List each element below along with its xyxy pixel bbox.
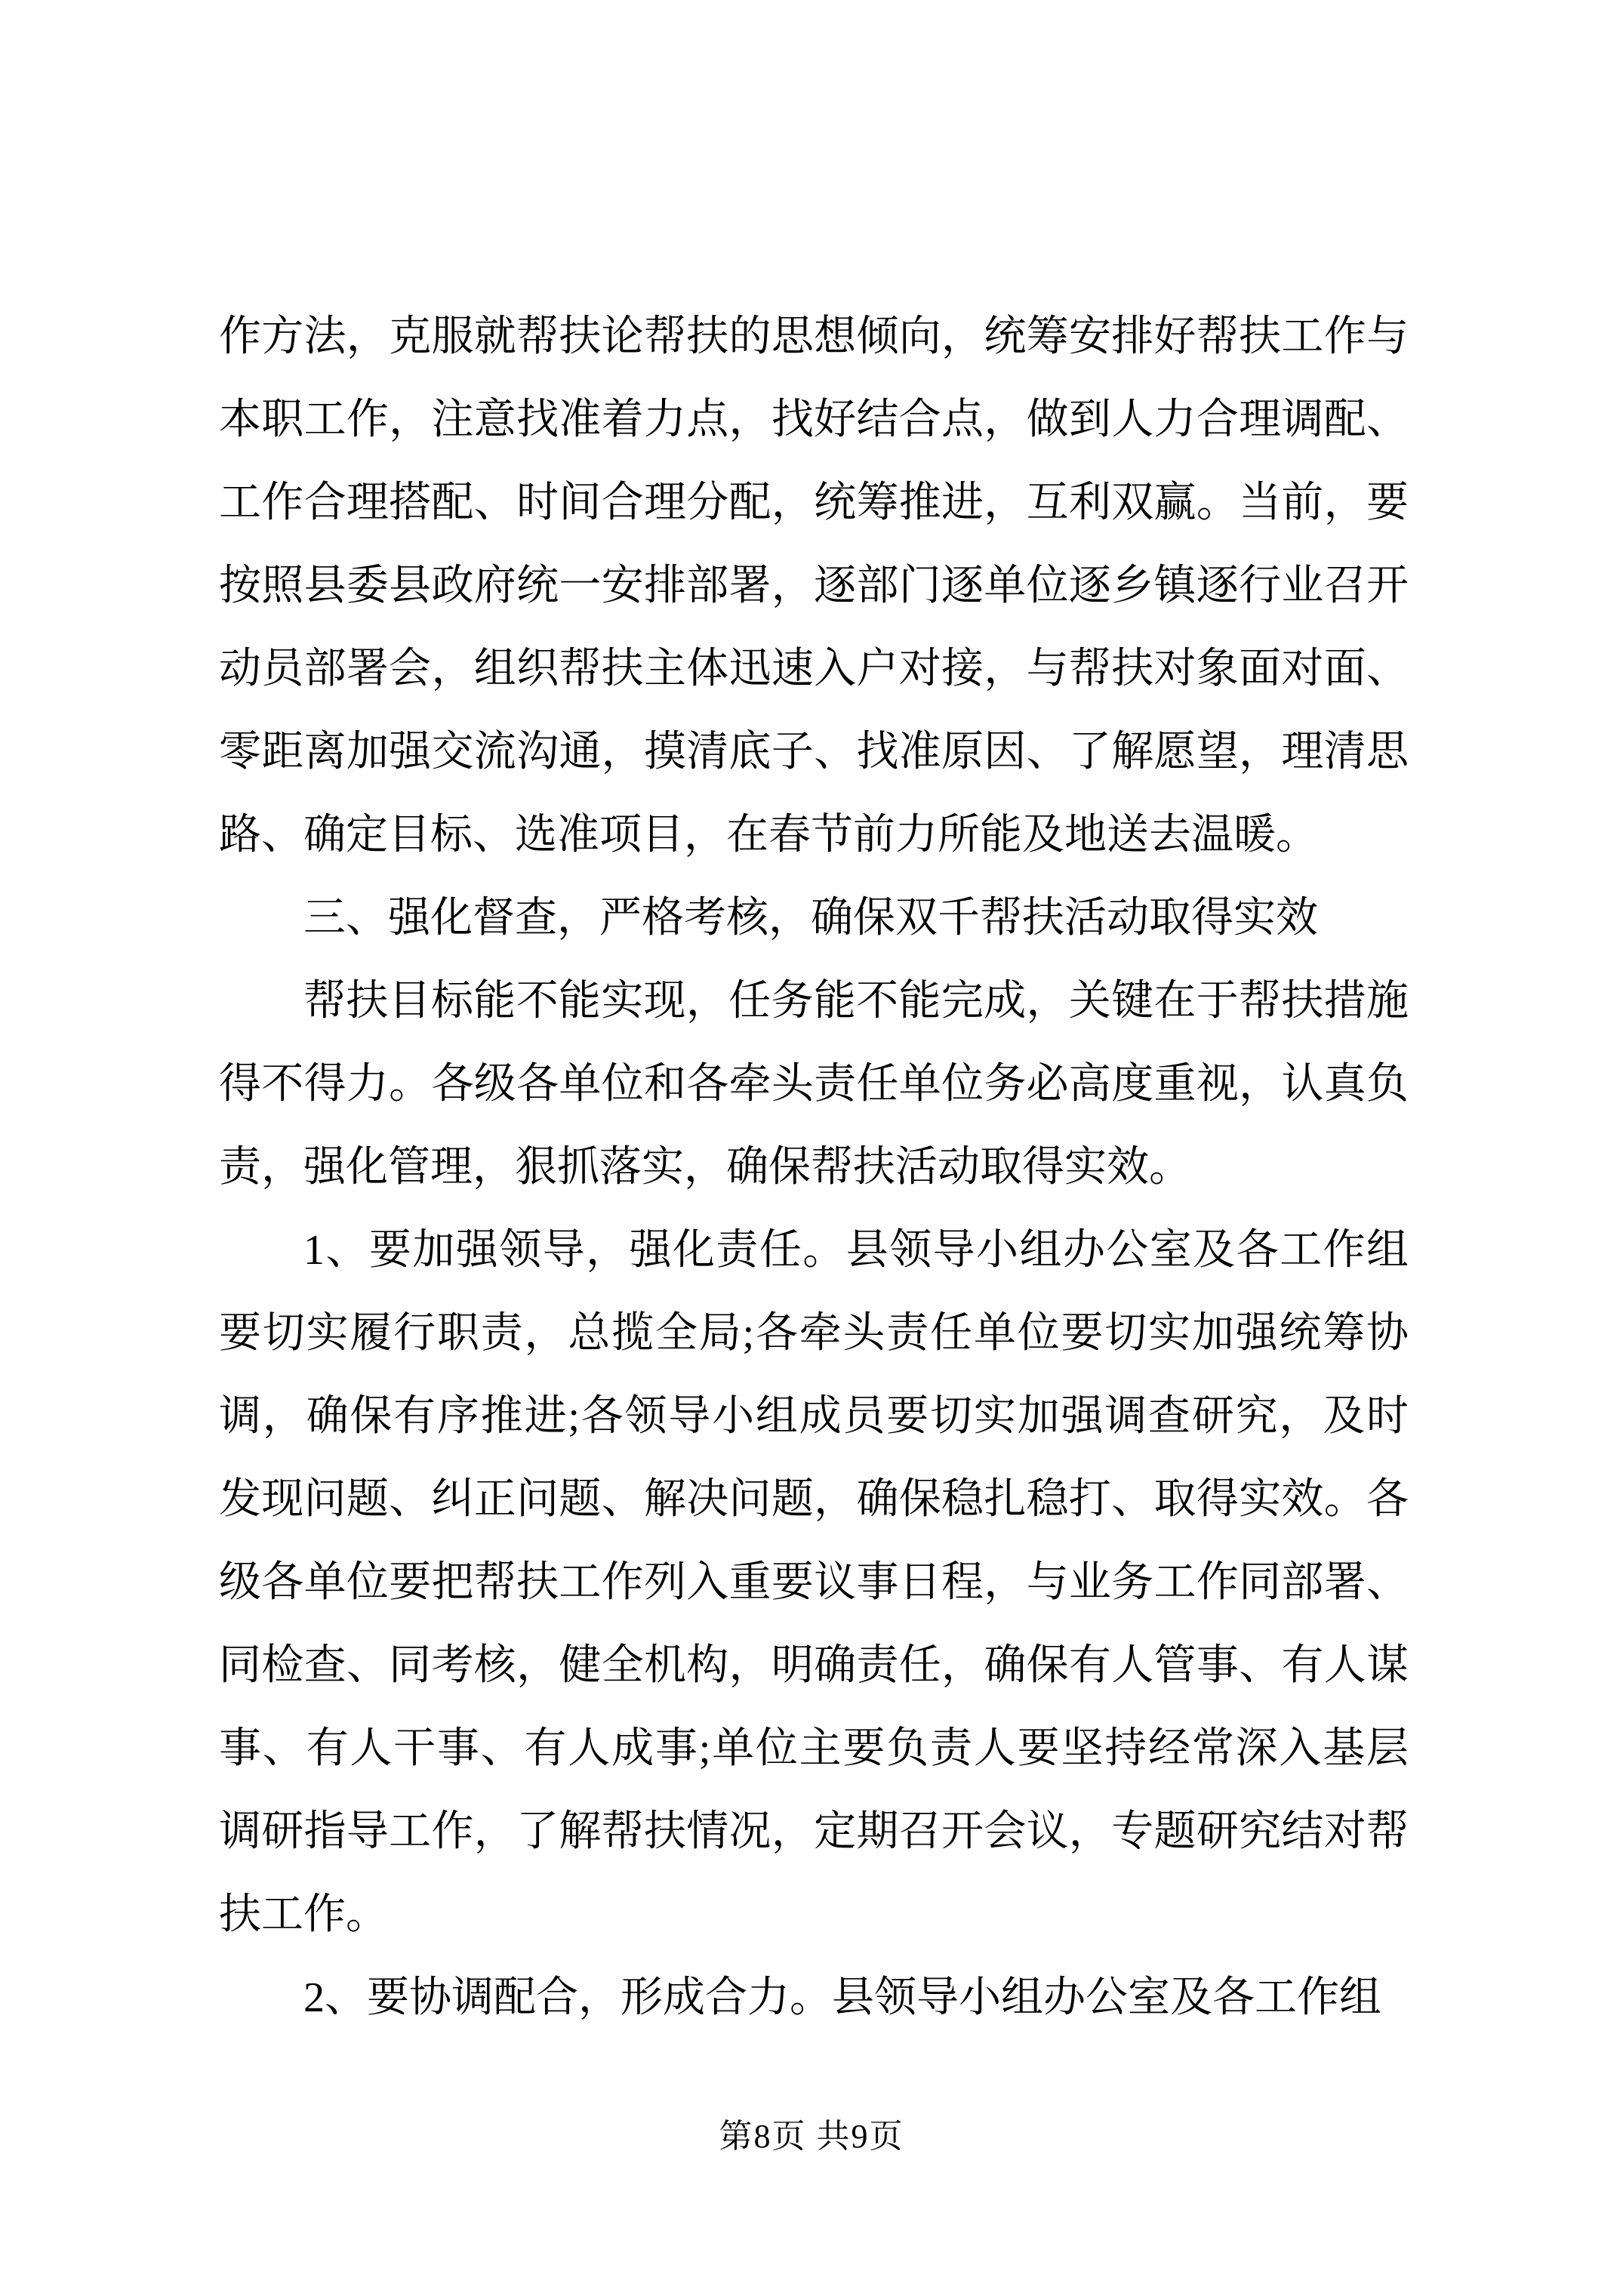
paragraph: 帮扶目标能不能实现，任务能不能完成，关键在于帮扶措施得不得力。各级各单位和各牵头… (219, 960, 1409, 1209)
page-footer: 第8页 共9页 (0, 2114, 1623, 2159)
document-page: 作方法，克服就帮扶论帮扶的思想倾向，统筹安排好帮扶工作与本职工作，注意找准着力点… (0, 0, 1623, 2296)
paragraph: 三、强化督查，严格考核，确保双千帮扶活动取得实效 (219, 877, 1409, 960)
page-number: 第8页 共9页 (719, 2118, 904, 2155)
paragraph: 作方法，克服就帮扶论帮扶的思想倾向，统筹安排好帮扶工作与本职工作，注意找准着力点… (219, 295, 1409, 877)
paragraph: 2、要协调配合，形成合力。县领导小组办公室及各工作组 (219, 1956, 1409, 2039)
paragraph: 1、要加强领导，强化责任。县领导小组办公室及各工作组要切实履行职责，总揽全局;各… (219, 1209, 1409, 1956)
document-body: 作方法，克服就帮扶论帮扶的思想倾向，统筹安排好帮扶工作与本职工作，注意找准着力点… (219, 295, 1409, 2039)
